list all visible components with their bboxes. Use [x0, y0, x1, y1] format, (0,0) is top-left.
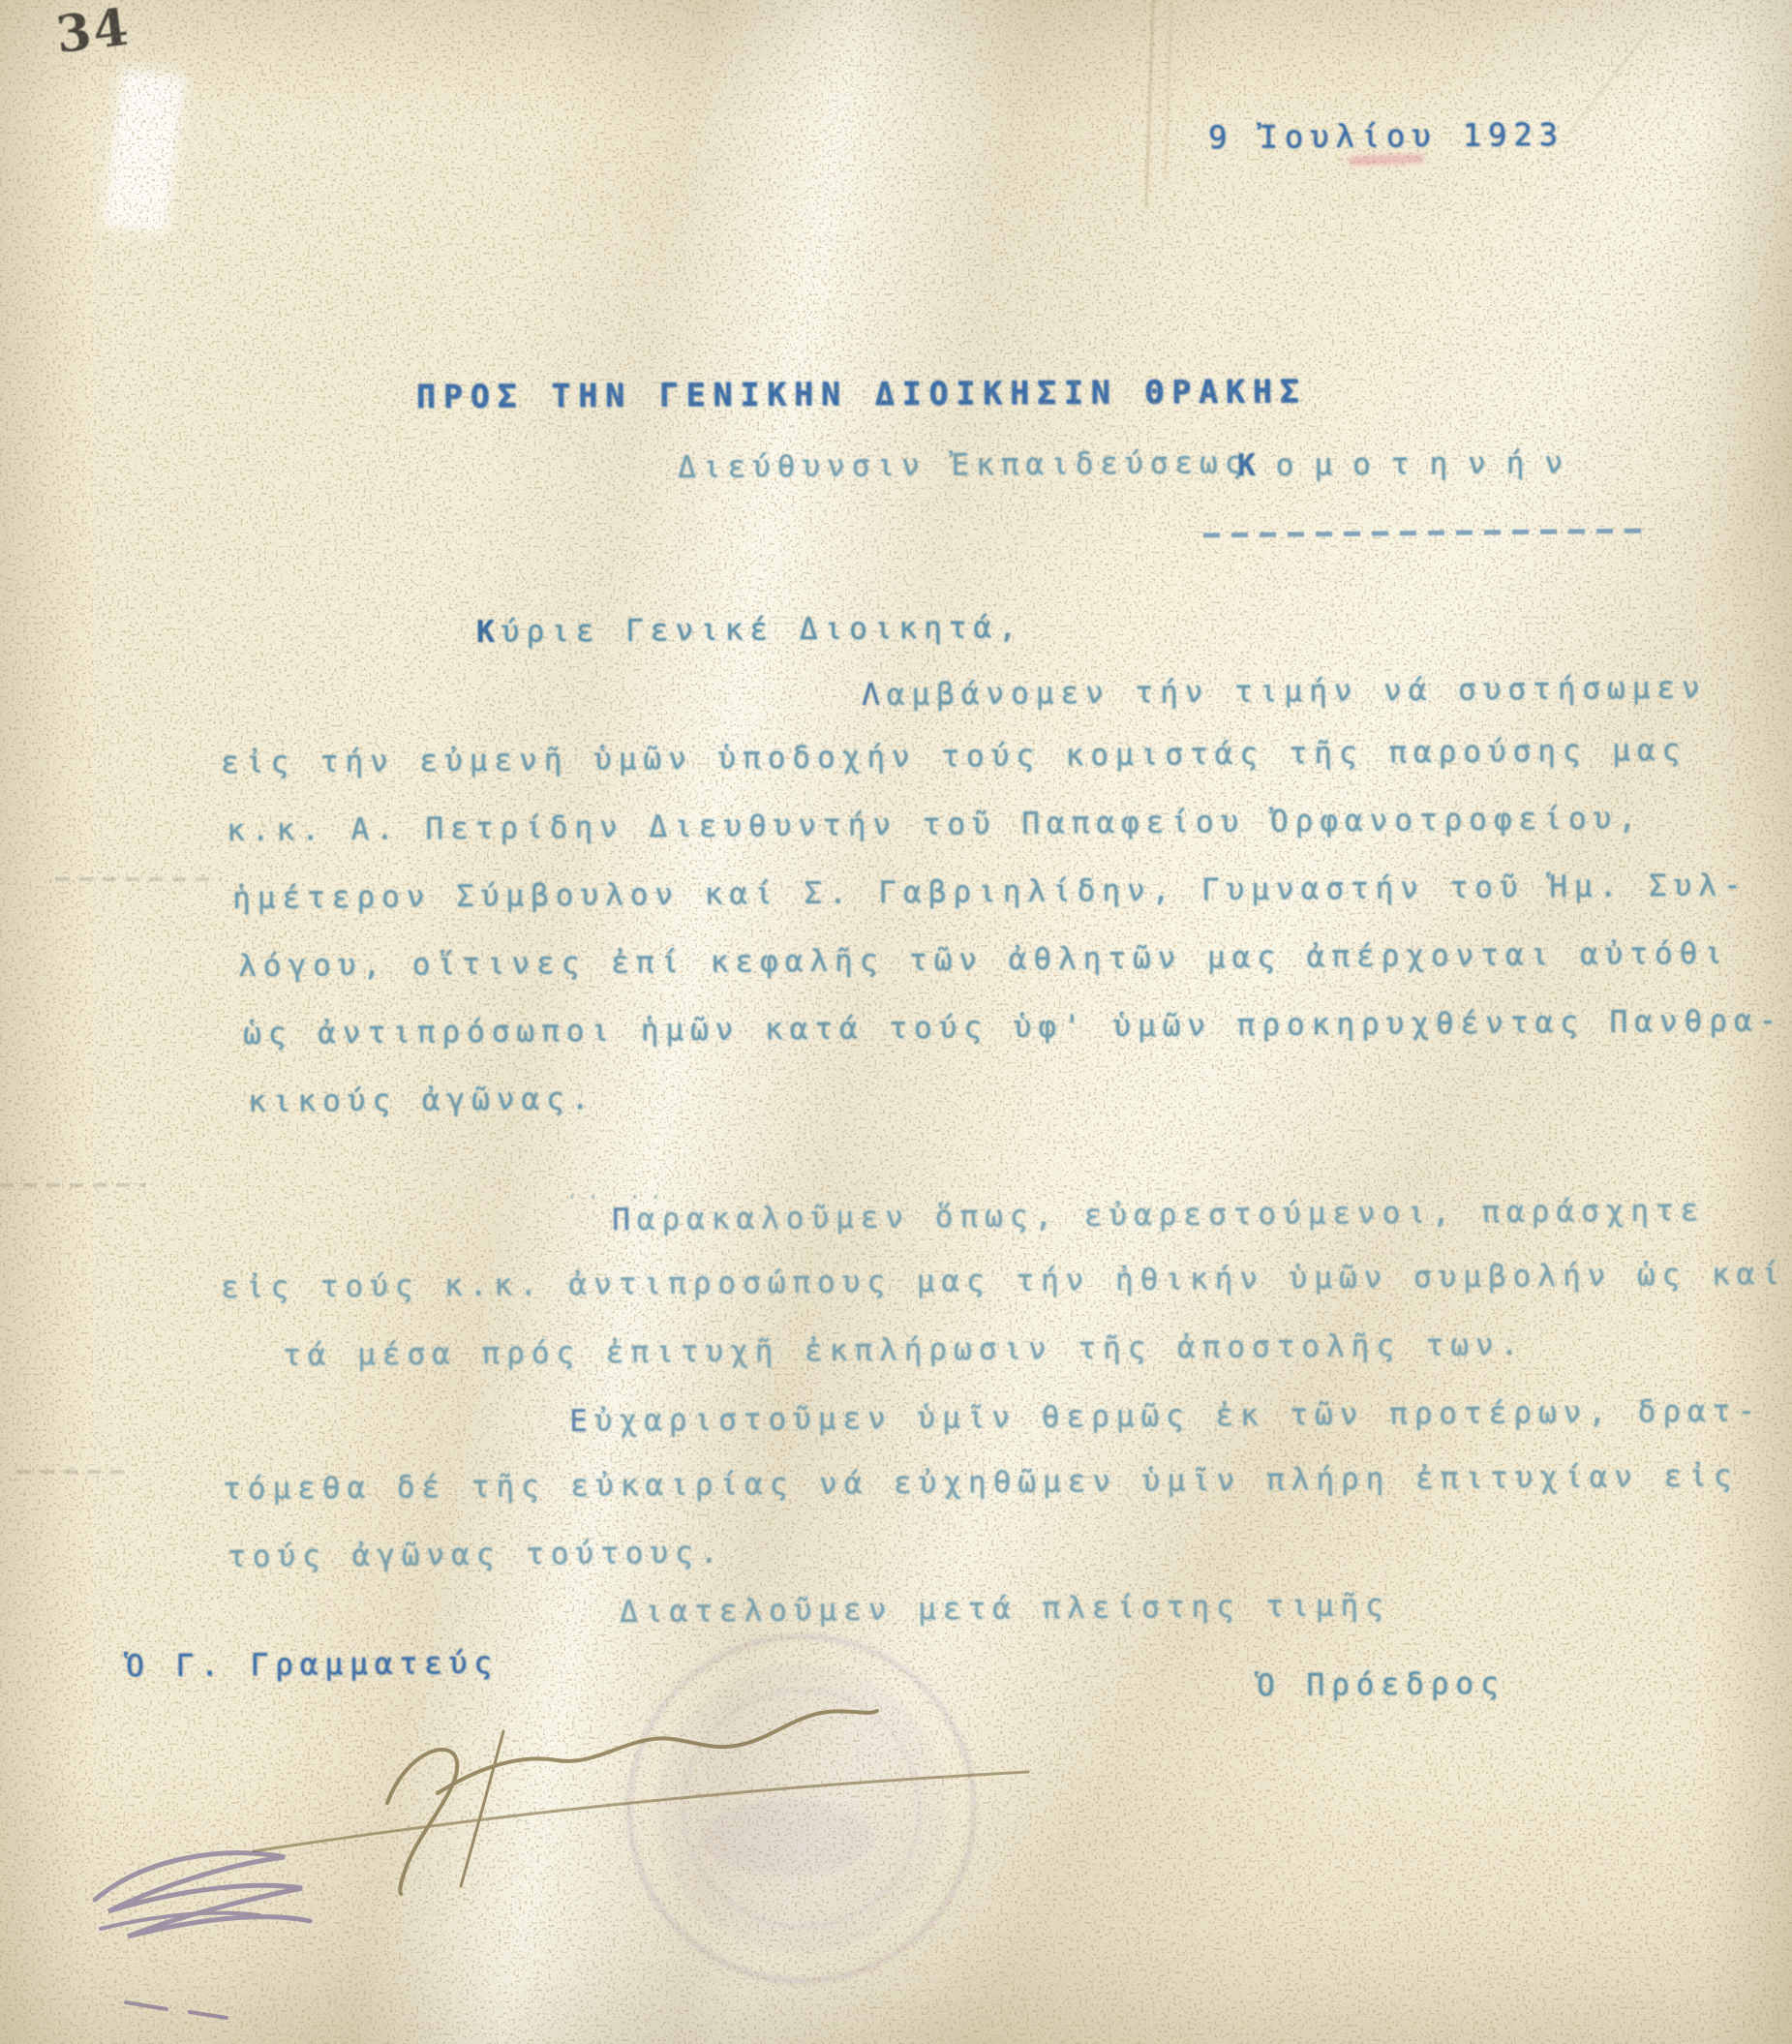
city-underline	[1203, 529, 1641, 538]
body-line: τούς ἀγῶνας τούτους.	[228, 1539, 725, 1572]
body-line: κικούς ἀγῶνας.	[248, 1084, 596, 1117]
body-line: ἡμέτερον Σύμβουλον καί Σ. Γαβριηλίδην, Γ…	[232, 870, 1748, 914]
secretary-title: Ὁ Γ. Γραμματεύς	[126, 1649, 499, 1682]
body-line: Παρακαλοῦμεν ὅπως, εὐαρεστούμενοι, παράσ…	[612, 1196, 1705, 1236]
body-line: Εὐχαριστοῦμεν ὑμῖν θερμῶς ἐκ τῶν προτέρω…	[569, 1396, 1762, 1437]
margin-artifact	[0, 1183, 145, 1187]
recipient-department: Διεύθυνσιν Ἐκπαιδεύσεως	[678, 448, 1250, 483]
paper-crease	[1567, 31, 1650, 136]
president-title: Ὁ Πρόεδρος	[1257, 1669, 1505, 1701]
body-line: ὡς ἀντιπρόσωποι ἡμῶν κατά τούς ὑφ' ὑμῶν …	[243, 1006, 1783, 1050]
scan-white-notch	[103, 69, 185, 234]
body-line: λόγου, οἵτινες ἐπί κεφαλῆς τῶν ἀθλητῶν μ…	[238, 939, 1729, 982]
paper-crease	[1144, 0, 1155, 208]
salutation: Κύριε Γενικέ Διοικητά,	[476, 613, 1023, 648]
ink-smudge	[1349, 154, 1424, 167]
body-line: κ.κ. Α. Πετρίδην Διευθυντήν τοῦ Παπαφείο…	[227, 804, 1643, 846]
recipient-heading: ΠΡΟΣ ΤΗΝ ΓΕΝΙΚΗΝ ΔΙΟΙΚΗΣΙΝ ΘΡΑΚΗΣ	[416, 375, 1307, 412]
letter-date: 9 Ἰουλίου 1923	[1208, 119, 1564, 153]
round-stamp	[608, 1615, 995, 2002]
body-line: Λαμβάνομεν τήν τιμήν νά συστήσωμεν	[862, 673, 1707, 711]
scanned-letter-page: 34 9 Ἰουλίου 1923 ΠΡΟΣ ΤΗΝ ΓΕΝΙΚΗΝ ΔΙΟΙΚ…	[0, 0, 1792, 2044]
recipient-city: Κομοτηνήν	[1237, 448, 1583, 481]
body-line: τόμεθα δέ τῆς εὐκαιρίας νά εὐχηθῶμεν ὑμῖ…	[223, 1461, 1739, 1505]
body-line: τά μέσα πρός ἐπιτυχῆ ἐκπλήρωσιν τῆς ἀποσ…	[283, 1330, 1525, 1371]
body-line: εἰς τήν εὐμενῆ ὑμῶν ὑποδοχήν τούς κομιστ…	[221, 736, 1686, 778]
margin-artifact	[17, 1470, 126, 1474]
closing-line: Διατελοῦμεν μετά πλείστης τιμῆς	[620, 1591, 1390, 1628]
margin-artifact	[56, 877, 221, 881]
page-number: 34	[53, 0, 134, 65]
paper-crease	[1165, 0, 1172, 179]
body-line: εἰς τούς κ.κ. ἀντιπροσώπους μας τήν ἠθικ…	[221, 1260, 1786, 1303]
